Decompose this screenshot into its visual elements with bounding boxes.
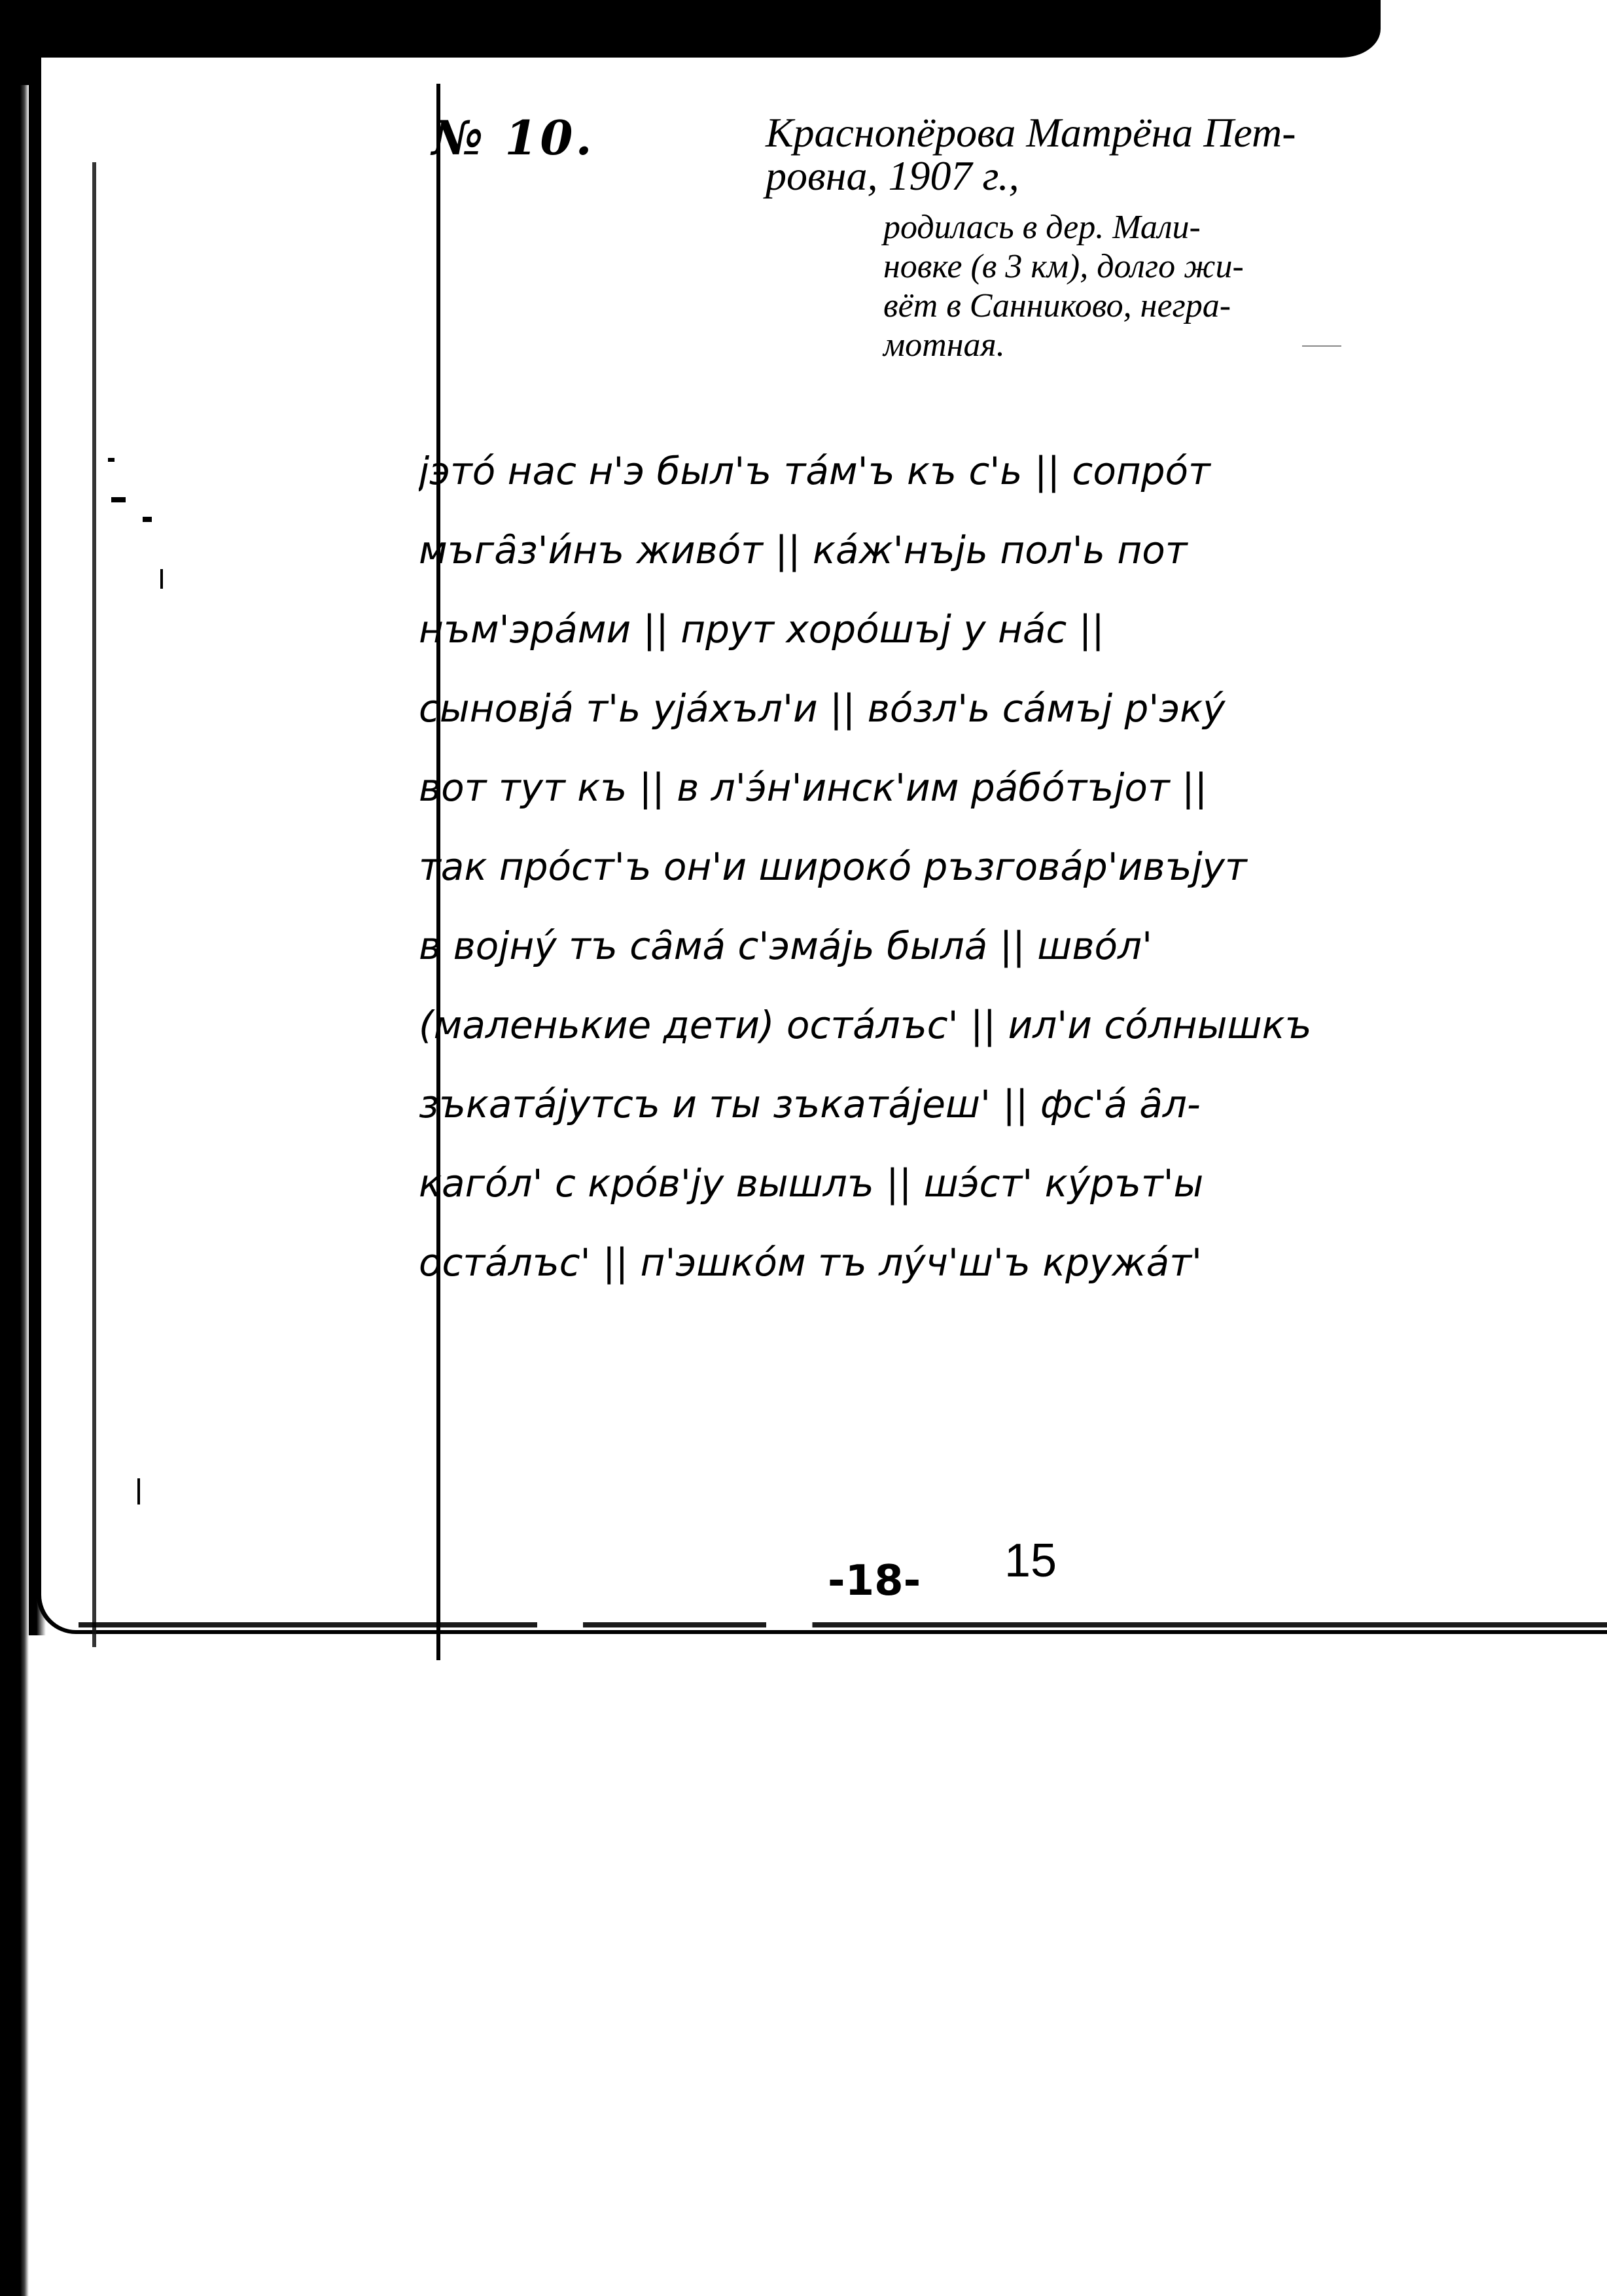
scan-shadow-left-edge bbox=[0, 0, 29, 2296]
transcript-line: зъката́јутсъ и ты зъката́јеш' || фс'а́ а… bbox=[419, 1065, 1413, 1144]
speck bbox=[160, 569, 163, 589]
dialect-transcript: jэто́ нас н'э был'ъ та́м'ъ къ с'ь || соп… bbox=[419, 432, 1413, 1302]
speck bbox=[108, 458, 115, 462]
transcript-line: (маленькие дети) оста́лъс' || ил'и со́лн… bbox=[419, 986, 1413, 1065]
pencil-mark bbox=[1302, 345, 1341, 347]
informant-details: родилась в дер. Мали- новке (в 3 км), до… bbox=[883, 208, 1407, 365]
informant-line: ровна, 1907 г., bbox=[766, 154, 1407, 198]
transcript-line: вот тут къ || в л'э́н'инск'им ра́бо́тъјо… bbox=[419, 748, 1413, 827]
details-line: родилась в дер. Мали- bbox=[883, 208, 1407, 247]
scan-shadow-top bbox=[0, 0, 1381, 58]
transcript-line: в војну́ тъ са̑ма́ с'эма́јь была́ || шво… bbox=[419, 907, 1413, 986]
speck bbox=[137, 1478, 140, 1505]
transcript-line: мъга̑з'и́нъ живо́т || ка́ж'нъјь пол'ь по… bbox=[419, 511, 1413, 590]
page-number: -18- bbox=[828, 1557, 921, 1605]
page-edge bbox=[92, 162, 96, 1647]
folio-number: 15 bbox=[1004, 1534, 1057, 1588]
informant-line: Краснопёрова Матрёна Пет- bbox=[766, 111, 1407, 154]
page-bottom-edge bbox=[79, 1622, 1607, 1627]
details-line: новке (в 3 км), долго жи- bbox=[883, 247, 1407, 287]
transcript-line: нъм'эра́ми || прут хоро́шъј у на́с || bbox=[419, 590, 1413, 669]
details-line: вёт в Санниково, негра- bbox=[883, 287, 1407, 326]
transcript-line: оста́лъс' || п'эшко́м тъ лу́ч'ш'ъ кружа́… bbox=[419, 1223, 1413, 1302]
transcript-line: каго́л' с кро́в'ју вышлъ || шэ́ст' ку́ръ… bbox=[419, 1144, 1413, 1223]
record-number: № 10. bbox=[432, 110, 595, 165]
informant-name: Краснопёрова Матрёна Пет- ровна, 1907 г.… bbox=[766, 111, 1407, 198]
transcript-line: jэто́ нас н'э был'ъ та́м'ъ къ с'ь || соп… bbox=[419, 432, 1413, 511]
transcript-line: так про́ст'ъ он'и широко́ ръзгова́р'ивъј… bbox=[419, 827, 1413, 907]
speck bbox=[143, 517, 152, 522]
speck bbox=[111, 497, 126, 502]
transcript-line: сыновја́ т'ь уја́хъл'и || во́зл'ь са́мъј… bbox=[419, 669, 1413, 748]
